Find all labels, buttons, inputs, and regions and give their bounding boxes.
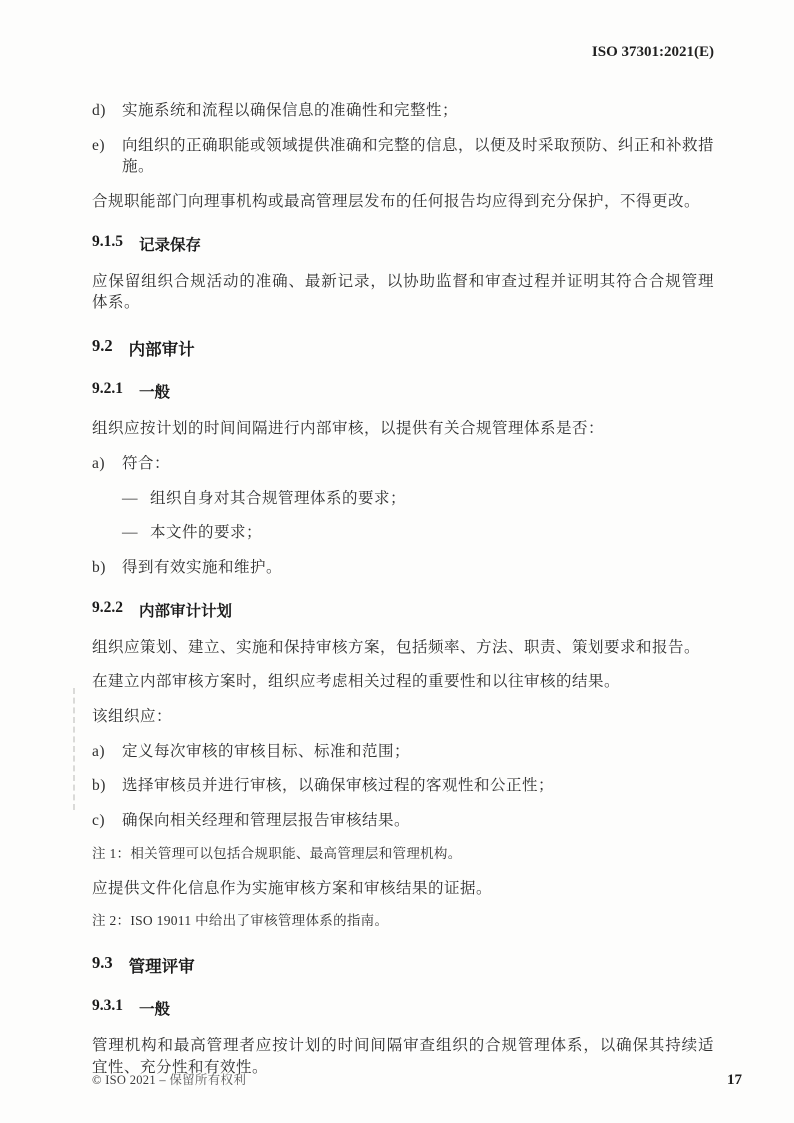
- list-item-d: d) 实施系统和流程以确保信息的准确性和完整性；: [92, 100, 714, 122]
- dash-list-item: — 本文件的要求；: [122, 522, 714, 544]
- page-footer: © ISO 2021 – 保留所有权利 17: [92, 1070, 742, 1089]
- list-item-b: b) 得到有效实施和维护。: [92, 557, 714, 579]
- dash-marker: —: [122, 488, 150, 510]
- heading-title: 一般: [139, 997, 170, 1019]
- page-header: ISO 37301:2021(E): [92, 44, 714, 61]
- list-text: 得到有效实施和维护。: [122, 557, 714, 579]
- list-label: b): [92, 775, 122, 797]
- list-text: 实施系统和流程以确保信息的准确性和完整性；: [122, 100, 714, 122]
- paragraph-9-2-2-3: 该组织应：: [92, 706, 714, 728]
- list-item-b2: b) 选择审核员并进行审核，以确保审核过程的客观性和公正性；: [92, 775, 714, 797]
- paragraph-9-2-2-1: 组织应策划、建立、实施和保持审核方案，包括频率、方法、职责、策划要求和报告。: [92, 637, 714, 659]
- heading-number: 9.3.1: [92, 997, 123, 1019]
- heading-number: 9.2: [92, 336, 113, 360]
- heading-9-2-1: 9.2.1 一般: [92, 380, 714, 402]
- note-1: 注 1：相关管理可以包括合规职能、最高管理层和管理机构。: [92, 845, 714, 864]
- heading-number: 9.2.2: [92, 599, 123, 621]
- heading-9-3-1: 9.3.1 一般: [92, 997, 714, 1019]
- list-text: 符合：: [122, 453, 714, 475]
- paragraph-9-2-1: 组织应按计划的时间间隔进行内部审核，以提供有关合规管理体系是否：: [92, 418, 714, 440]
- list-text: 定义每次审核的审核目标、标准和范围；: [122, 741, 714, 763]
- page-number: 17: [727, 1072, 742, 1089]
- list-item-a: a) 符合：: [92, 453, 714, 475]
- document-id: ISO 37301:2021(E): [592, 44, 714, 60]
- heading-9-3: 9.3 管理评审: [92, 953, 714, 977]
- heading-number: 9.3: [92, 953, 113, 977]
- heading-title: 内部审计计划: [139, 599, 232, 621]
- heading-title: 内部审计: [129, 336, 195, 360]
- dash-list-item: — 组织自身对其合规管理体系的要求；: [122, 488, 714, 510]
- heading-9-2: 9.2 内部审计: [92, 336, 714, 360]
- list-text: 组织自身对其合规管理体系的要求；: [150, 488, 714, 510]
- copyright-notice: © ISO 2021 – 保留所有权利: [92, 1070, 246, 1088]
- list-item-a2: a) 定义每次审核的审核目标、标准和范围；: [92, 741, 714, 763]
- heading-number: 9.2.1: [92, 380, 123, 402]
- heading-title: 管理评审: [129, 953, 195, 977]
- heading-number: 9.1.5: [92, 233, 123, 255]
- rights-text: 保留所有权利: [169, 1073, 246, 1087]
- list-label: e): [92, 135, 122, 178]
- list-item-e: e) 向组织的正确职能或领域提供准确和完整的信息，以便及时采取预防、纠正和补救措…: [92, 135, 714, 178]
- scan-artifact-dashed-line: [73, 688, 75, 810]
- list-label: a): [92, 453, 122, 475]
- note-2: 注 2：ISO 19011 中给出了审核管理体系的指南。: [92, 912, 714, 931]
- document-body: d) 实施系统和流程以确保信息的准确性和完整性； e) 向组织的正确职能或领域提…: [92, 100, 714, 1092]
- heading-title: 记录保存: [139, 233, 201, 255]
- paragraph-9-2-2-2: 在建立内部审核方案时，组织应考虑相关过程的重要性和以往审核的结果。: [92, 671, 714, 693]
- dash-marker: —: [122, 522, 150, 544]
- list-text: 确保向相关经理和管理层报告审核结果。: [122, 810, 714, 832]
- list-label: a): [92, 741, 122, 763]
- list-text: 本文件的要求；: [150, 522, 714, 544]
- heading-9-2-2: 9.2.2 内部审计计划: [92, 599, 714, 621]
- document-page: ISO 37301:2021(E) d) 实施系统和流程以确保信息的准确性和完整…: [0, 0, 794, 1123]
- list-text: 选择审核员并进行审核，以确保审核过程的客观性和公正性；: [122, 775, 714, 797]
- copyright-text: © ISO 2021: [92, 1073, 156, 1087]
- list-text: 向组织的正确职能或领域提供准确和完整的信息，以便及时采取预防、纠正和补救措施。: [122, 135, 714, 178]
- list-label: c): [92, 810, 122, 832]
- heading-9-1-5: 9.1.5 记录保存: [92, 233, 714, 255]
- copyright-separator: –: [159, 1073, 166, 1087]
- list-label: d): [92, 100, 122, 122]
- paragraph-report-protection: 合规职能部门向理事机构或最高管理层发布的任何报告均应得到充分保护，不得更改。: [92, 191, 714, 213]
- heading-title: 一般: [139, 380, 170, 402]
- paragraph-evidence: 应提供文件化信息作为实施审核方案和审核结果的证据。: [92, 878, 714, 900]
- list-item-c2: c) 确保向相关经理和管理层报告审核结果。: [92, 810, 714, 832]
- paragraph-9-1-5: 应保留组织合规活动的准确、最新记录，以协助监督和审查过程并证明其符合合规管理体系…: [92, 271, 714, 314]
- list-label: b): [92, 557, 122, 579]
